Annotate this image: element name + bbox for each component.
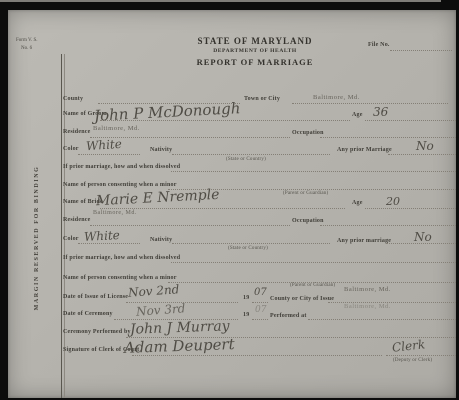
bride-prior-marriage-handwritten: No — [414, 230, 432, 244]
binding-margin-line — [61, 54, 62, 398]
bride-occupation-label: Occupation — [292, 218, 324, 225]
performed-at-line — [308, 319, 456, 320]
bride-name-line — [100, 208, 345, 209]
bride-age-handwritten: 20 — [386, 195, 400, 208]
groom-occupation-line — [320, 137, 456, 138]
bride-dissolved-line — [171, 262, 456, 263]
license-place-label: County or City of Issue — [270, 296, 334, 303]
bride-consent-hint: (Parent or Guardian) — [290, 283, 335, 288]
bride-consent-label: Name of person consenting when a minor — [63, 275, 177, 282]
groom-nativity-line — [172, 154, 330, 155]
license-date-label: Date of Issue of License — [63, 294, 128, 301]
header-state: STATE OF MARYLAND — [155, 37, 355, 46]
bride-color-label: Color — [63, 236, 79, 243]
groom-prior-marriage-line — [388, 154, 456, 155]
bride-residence-typed: Baltimore, Md. — [93, 210, 137, 216]
groom-consent-label: Name of person consenting when a minor — [63, 182, 177, 189]
town-or-city-line — [292, 103, 448, 104]
header-title: REPORT OF MARRIAGE — [155, 58, 355, 67]
clerk-title-line — [386, 355, 456, 356]
groom-dissolved-label: If prior marriage, how and when dissolve… — [63, 164, 180, 171]
town-or-city-label: Town or City — [244, 96, 280, 103]
license-year-prefix: 19 — [243, 295, 249, 302]
bride-residence-line — [90, 225, 290, 226]
groom-nativity-label: Nativity — [150, 147, 172, 154]
performed-by-label: Ceremony Performed by — [63, 329, 131, 336]
license-year-handwritten: 07 — [254, 287, 267, 298]
groom-age-handwritten: 36 — [373, 105, 388, 119]
bride-residence-label: Residence — [63, 217, 90, 224]
license-date-handwritten: Nov 2nd — [128, 282, 180, 300]
bride-dissolved-label: If prior marriage, how and when dissolve… — [63, 255, 180, 262]
bride-color-line — [78, 243, 140, 244]
deputy-or-clerk-hint: (Deputy or Clerk) — [393, 358, 432, 363]
performed-at-label: Performed at — [270, 313, 307, 320]
groom-color-label: Color — [63, 146, 79, 153]
groom-color-line — [78, 154, 140, 155]
bride-nativity-line — [172, 243, 330, 244]
bride-age-line — [365, 208, 456, 209]
bride-age-label: Age — [352, 200, 363, 207]
document-header: STATE OF MARYLAND DEPARTMENT OF HEALTH R… — [155, 37, 355, 66]
groom-age-line — [365, 120, 456, 121]
town-or-city-value: Baltimore, Md. — [313, 95, 360, 102]
groom-nativity-hint: (State or Country) — [226, 157, 266, 162]
bride-occupation-line — [320, 225, 456, 226]
groom-dissolved-line — [171, 171, 456, 172]
bride-nativity-label: Nativity — [150, 237, 172, 244]
form-code-line1: Form V. S. — [16, 38, 38, 44]
marriage-report-document: Form V. S. No. 6 MARGIN RESERVED FOR BIN… — [8, 10, 456, 398]
ceremony-year-handwritten: 07 — [255, 305, 266, 315]
scan-top-edge — [0, 0, 441, 2]
groom-color-handwritten: White — [86, 137, 123, 153]
bride-name-handwritten: Marie E Nremple — [96, 187, 220, 209]
groom-age-label: Age — [352, 112, 363, 119]
ceremony-date-handwritten: Nov 3rd — [136, 301, 186, 318]
groom-consent-hint: (Parent or Guardian) — [283, 191, 328, 196]
groom-residence-value: Baltimore, Md. — [93, 126, 140, 133]
header-department: DEPARTMENT OF HEALTH — [155, 49, 355, 55]
ceremony-year-prefix: 19 — [243, 312, 249, 319]
groom-prior-marriage-handwritten: No — [416, 139, 434, 153]
clerk-title-handwritten: Clerk — [391, 337, 425, 354]
clerk-signature-handwritten: Adam Deupert — [124, 335, 235, 357]
license-place-value: Baltimore, Md. — [344, 287, 391, 294]
bride-prior-marriage-label: Any prior marriage — [337, 238, 391, 245]
margin-note: MARGIN RESERVED FOR BINDING — [31, 133, 43, 343]
form-code-line2: No. 6 — [21, 46, 32, 52]
bride-color-handwritten: White — [84, 228, 121, 244]
groom-residence-label: Residence — [63, 129, 90, 136]
ceremony-place-value: Baltimore, Md. — [344, 304, 391, 311]
groom-occupation-label: Occupation — [292, 130, 324, 137]
groom-prior-marriage-label: Any prior Marriage — [337, 147, 392, 154]
ceremony-year-line — [252, 319, 268, 320]
bride-nativity-hint: (State or Country) — [228, 246, 268, 251]
ceremony-date-label: Date of Ceremony — [63, 311, 113, 318]
file-no-label: File No. — [368, 42, 390, 49]
file-no-line — [390, 50, 452, 51]
license-year-line — [252, 302, 268, 303]
county-label: County — [63, 96, 83, 103]
